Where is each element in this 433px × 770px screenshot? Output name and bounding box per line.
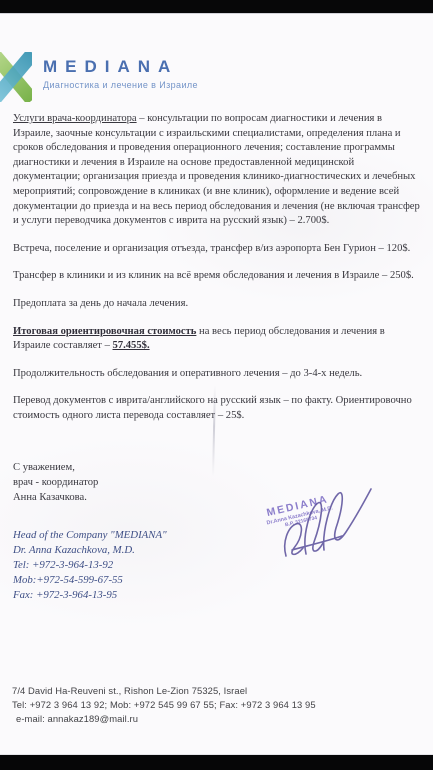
duration-line: Продолжительность обследования и операти… [13, 367, 422, 382]
translation-line: Перевод документов с иврита/английского … [13, 394, 422, 423]
name-line: Анна Казачкова. [13, 490, 98, 505]
total-cost-line: Итоговая ориентировочная стоимость на ве… [13, 325, 422, 354]
regards-line: С уважением, [13, 460, 98, 475]
signature-block-english: Head of the Company "MEDIANA" Dr. Anna K… [13, 528, 167, 603]
clinic-transfer-line: Трансфер в клиники и из клиник на всё вр… [13, 269, 422, 284]
footer-email: e-mail: annakaz189@mail.ru [12, 712, 316, 726]
logo-tagline: Диагностика и лечение в Израиле [43, 80, 198, 90]
signature-block-russian: С уважением, врач - координатор Анна Каз… [13, 460, 98, 505]
logo-wordmark: MEDIANA [43, 57, 198, 77]
fax-line: Fax: +972-3-964-13-95 [13, 588, 167, 603]
airport-transfer-line: Встреча, поселение и организация отъезда… [13, 242, 422, 257]
doctor-name-line: Dr. Anna Kazachkova, M.D. [13, 543, 167, 558]
services-heading: Услуги врача-координатора [13, 113, 137, 124]
total-cost-value: 57.455$. [113, 340, 150, 351]
logo-text: MEDIANA Диагностика и лечение в Израиле [43, 52, 198, 90]
mob-line: Mob:+972-54-599-67-55 [13, 573, 167, 588]
company-head-line: Head of the Company "MEDIANA" [13, 528, 167, 543]
letter-body: Услуги врача-координатора – консультации… [13, 112, 422, 437]
role-line: врач - координатор [13, 475, 98, 490]
bottom-black-bar [0, 754, 433, 770]
top-black-bar [0, 0, 433, 14]
document-page: MEDIANA Диагностика и лечение в Израиле … [0, 14, 433, 754]
letterhead-footer: 7/4 David Ha-Reuveni st., Rishon Le-Zion… [12, 684, 316, 726]
logo: MEDIANA Диагностика и лечение в Израиле [0, 52, 198, 102]
mediana-logo-icon [0, 52, 32, 102]
tel-line: Tel: +972-3-964-13-92 [13, 558, 167, 573]
handwritten-signature [272, 482, 382, 582]
footer-address: 7/4 David Ha-Reuveni st., Rishon Le-Zion… [12, 684, 316, 698]
services-text: – консультации по вопросам диагностики и… [13, 113, 420, 226]
total-cost-heading: Итоговая ориентировочная стоимость [13, 326, 196, 337]
services-paragraph: Услуги врача-координатора – консультации… [13, 112, 422, 229]
footer-phones: Tel: +972 3 964 13 92; Mob: +972 545 99 … [12, 698, 316, 712]
prepayment-line: Предоплата за день до начала лечения. [13, 297, 422, 312]
phone-screen: MEDIANA Диагностика и лечение в Израиле … [0, 0, 433, 770]
